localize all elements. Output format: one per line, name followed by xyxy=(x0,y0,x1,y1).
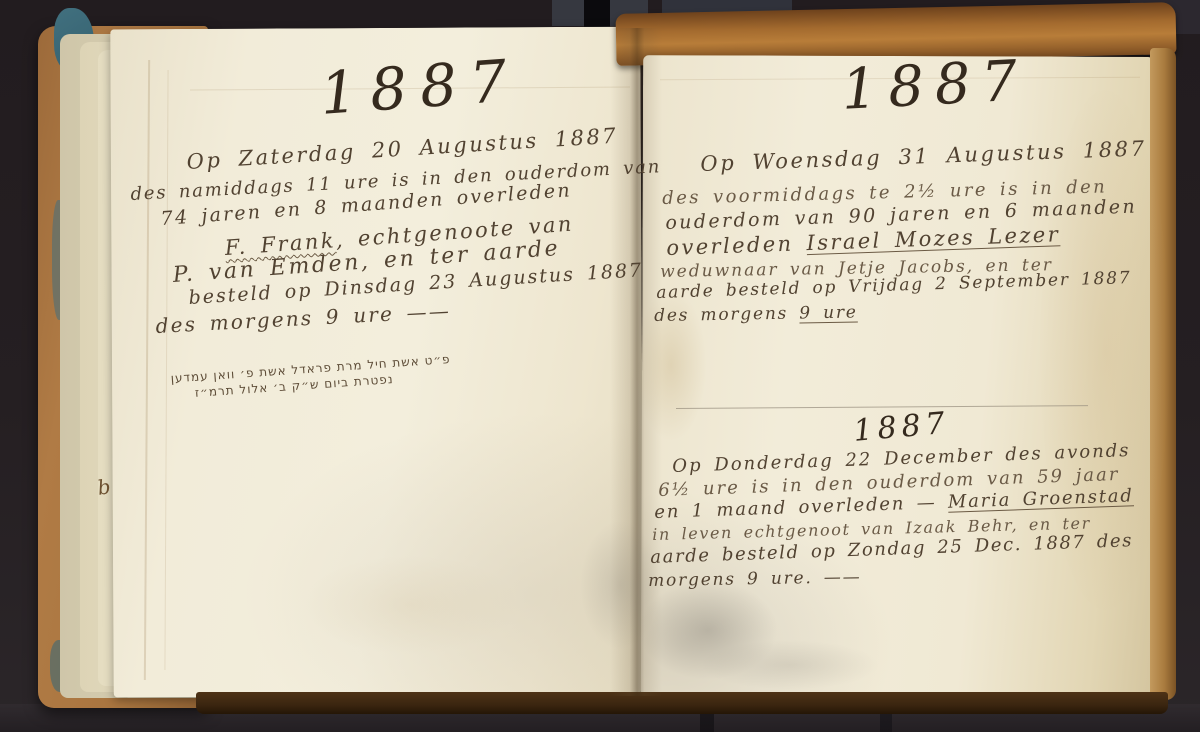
book-gutter-shadow xyxy=(610,28,662,696)
left-margin-mark: b xyxy=(96,474,114,500)
burial-time-underlined: 9 ure xyxy=(799,302,858,323)
book-bottom-edge xyxy=(196,692,1168,714)
right-page-edge-band xyxy=(1150,48,1176,700)
line-prefix: des morgens xyxy=(654,303,799,326)
background-shelf-shape xyxy=(584,0,610,30)
right-year-heading: 1887 xyxy=(840,48,1030,123)
right-entry1-line: des morgens 9 ure xyxy=(654,302,858,326)
right-entry2-line: morgens 9 ure. —— xyxy=(648,567,862,591)
line-prefix: overleden xyxy=(666,231,807,260)
left-year-heading: 1887 xyxy=(318,46,522,128)
photograph-of-open-register-book: 1887 Op Zaterdag 20 Augustus 1887 des na… xyxy=(0,0,1200,732)
